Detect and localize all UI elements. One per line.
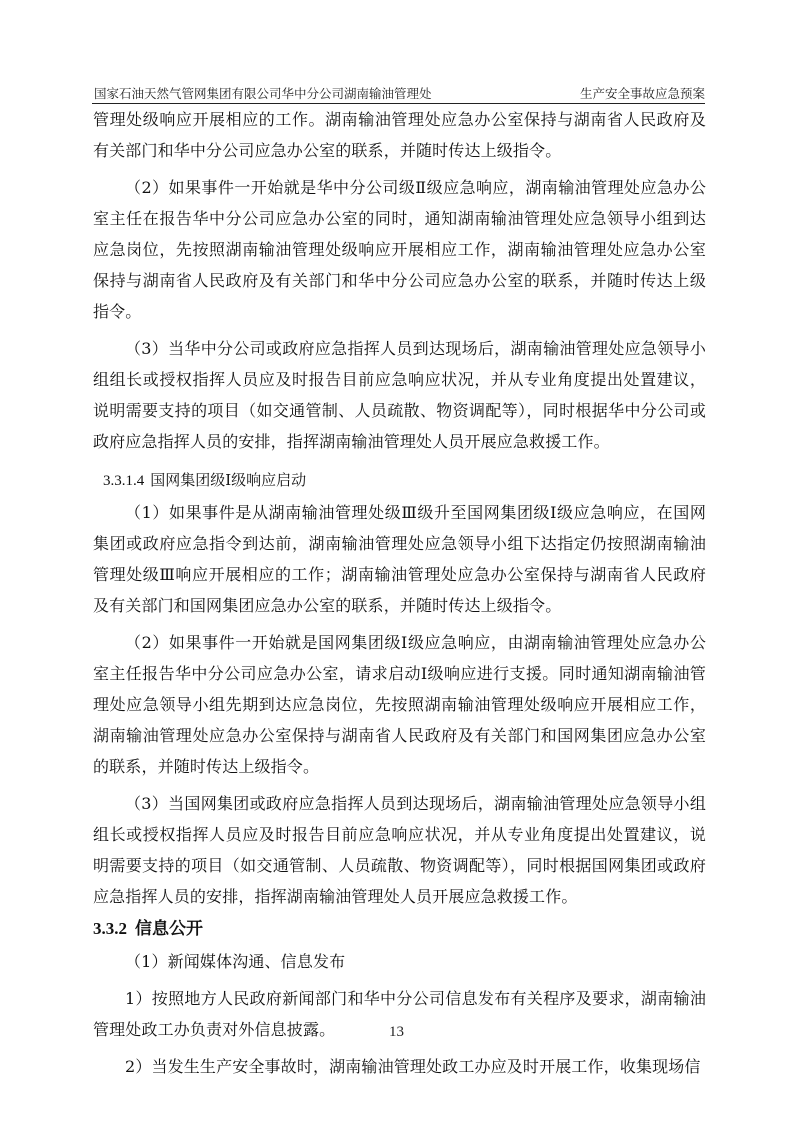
- paragraph-media-communication: （1）新闻媒体沟通、信息发布: [93, 946, 706, 977]
- section-heading-332: 3.3.2信息公开: [93, 912, 706, 946]
- header-document-title: 生产安全事故应急预案: [580, 86, 705, 102]
- paragraph-info-release-2: 2）当发生生产安全事故时，湖南输油管理处政工办应及时开展工作，收集现场信: [93, 1051, 706, 1082]
- paragraph-level1-item1: （1）如果事件是从湖南输油管理处级Ⅲ级升至国网集团级Ⅰ级应急响应，在国网集团或政…: [93, 497, 706, 621]
- paragraph-level2-item2: （2）如果事件一开始就是华中分公司级Ⅱ级应急响应，湖南输油管理处应急办公室主任在…: [93, 172, 706, 327]
- document-page: 国家石油天然气管网集团有限公司华中分公司湖南输油管理处 生产安全事故应急预案 管…: [0, 0, 793, 1122]
- page-number: 13: [0, 1024, 793, 1041]
- header-organization: 国家石油天然气管网集团有限公司华中分公司湖南输油管理处: [94, 86, 432, 102]
- subsection-title: 国网集团级Ⅰ级响应启动: [150, 471, 306, 489]
- subsection-heading-3314: 3.3.1.4国网集团级Ⅰ级响应启动: [103, 465, 706, 497]
- subsection-number: 3.3.1.4: [103, 473, 144, 489]
- page-body: 管理处级响应开展相应的工作。湖南输油管理处应急办公室保持与湖南省人民政府及有关部…: [93, 104, 706, 1082]
- running-header: 国家石油天然气管网集团有限公司华中分公司湖南输油管理处 生产安全事故应急预案: [92, 86, 705, 102]
- paragraph-level2-item3: （3）当华中分公司或政府应急指挥人员到达现场后，湖南输油管理处应急领导小组组长或…: [93, 333, 706, 457]
- paragraph-continuation: 管理处级响应开展相应的工作。湖南输油管理处应急办公室保持与湖南省人民政府及有关部…: [93, 104, 706, 166]
- section-number: 3.3.2: [93, 919, 127, 938]
- paragraph-level1-item2: （2）如果事件一开始就是国网集团级Ⅰ级应急响应，由湖南输油管理处应急办公室主任报…: [93, 627, 706, 782]
- section-title: 信息公开: [135, 919, 203, 939]
- paragraph-level1-item3: （3）当国网集团或政府应急指挥人员到达现场后，湖南输油管理处应急领导小组组长或授…: [93, 788, 706, 912]
